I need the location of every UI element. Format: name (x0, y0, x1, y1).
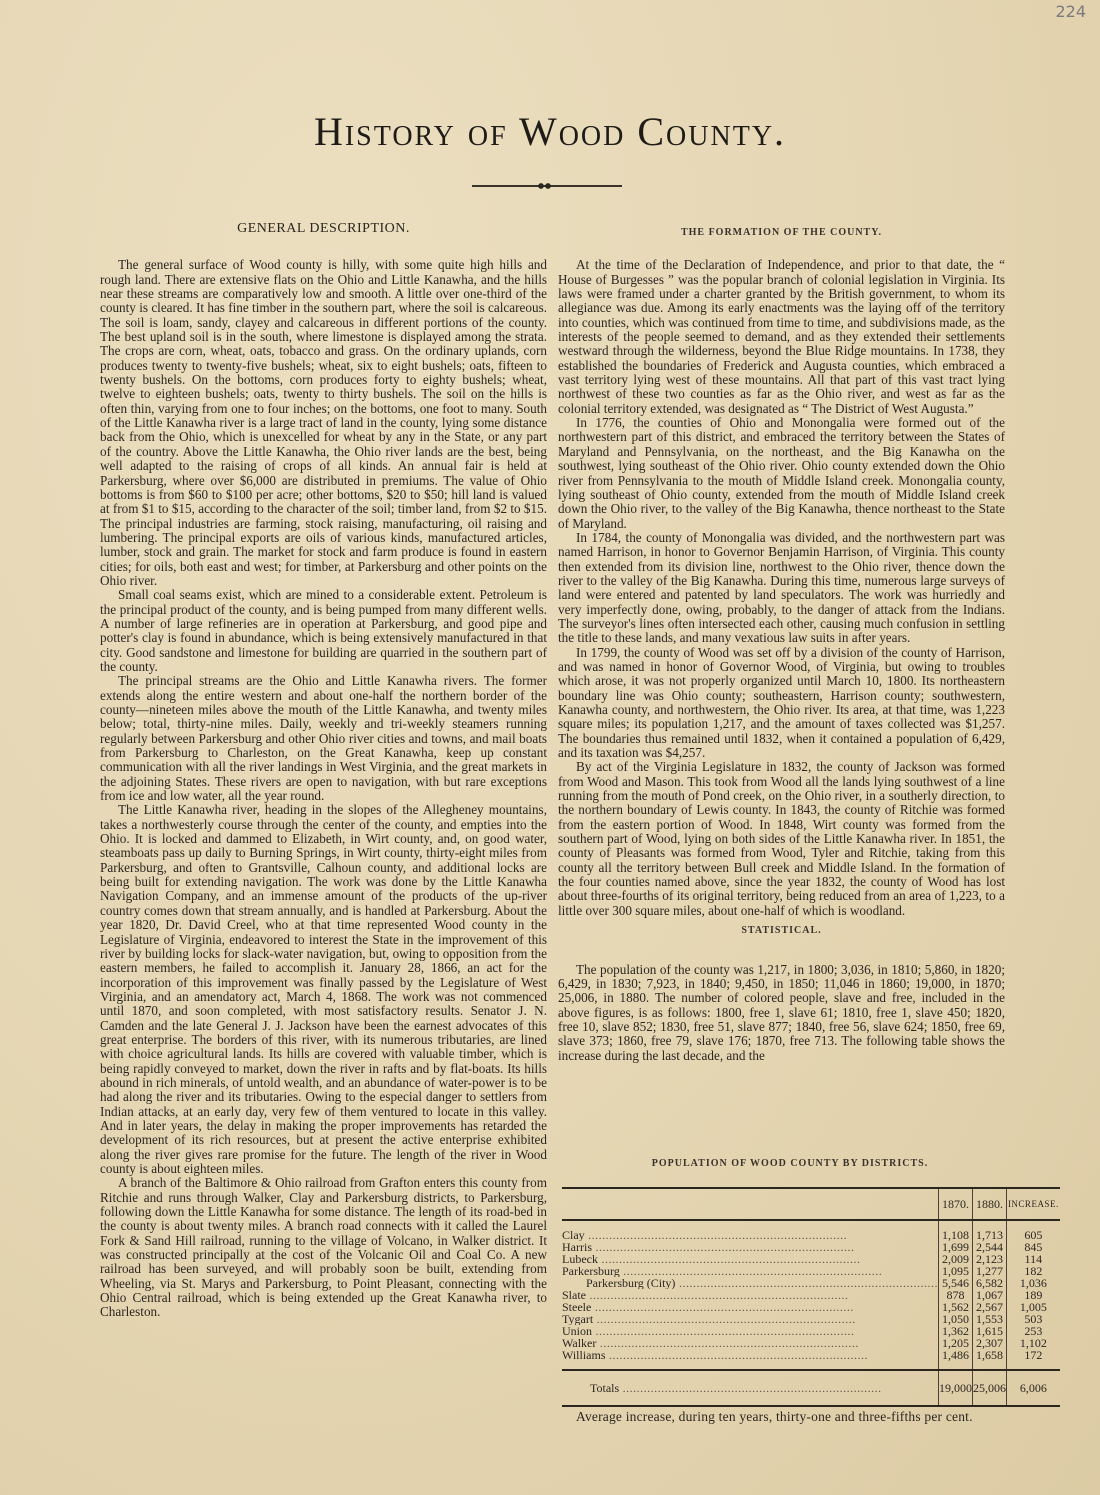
district-name: Williams ...............................… (562, 1349, 938, 1361)
district-name: Walker .................................… (562, 1337, 938, 1349)
totals-row: Totals .................................… (562, 1370, 1060, 1406)
district-name: Parkersburg ............................… (562, 1265, 938, 1277)
paragraph: The principal streams are the Ohio and L… (100, 674, 547, 803)
district-name: Harris .................................… (562, 1241, 938, 1253)
leader-dots: ........................................… (591, 1301, 854, 1313)
header-1880: 1880. (972, 1188, 1006, 1220)
total-increase: 6,006 (1006, 1370, 1059, 1406)
paragraph: In 1799, the county of Wood was set off … (558, 646, 1005, 761)
district-name: Clay ...................................… (562, 1229, 938, 1241)
total-1880: 25,006 (972, 1370, 1006, 1406)
district-label: Harris (562, 1241, 592, 1253)
district-name: Parkersburg (City) .....................… (562, 1277, 938, 1289)
totals-text: Totals (590, 1381, 619, 1395)
leader-dots: ........................................… (620, 1265, 883, 1277)
page-title: History of Wood County. (0, 108, 1100, 155)
leader-dots: ........................................… (585, 1229, 848, 1241)
leader-dots: ........................................… (619, 1381, 882, 1395)
population-table: 1870. 1880. INCREASE. Clay .............… (562, 1187, 1060, 1407)
pop-1870: 1,486 (938, 1349, 972, 1361)
district-label: Parkersburg (City) (586, 1277, 675, 1289)
district-name: Slate ..................................… (562, 1289, 938, 1301)
paragraph: In 1784, the county of Monongalia was di… (558, 531, 1005, 646)
leader-dots: ........................................… (596, 1337, 859, 1349)
table-row: Williams ...............................… (562, 1349, 1060, 1361)
right-column: THE FORMATION OF THE COUNTY. At the time… (558, 222, 1005, 1063)
pop-increase: 172 (1006, 1349, 1059, 1361)
district-name: Steele .................................… (562, 1301, 938, 1313)
district-label: Tygart (562, 1313, 593, 1325)
statistical-paragraph: The population of the county was 1,217, … (558, 963, 1005, 1063)
leader-dots: ........................................… (593, 1313, 856, 1325)
paragraph: At the time of the Declaration of Indepe… (558, 258, 1005, 416)
section-heading-statistical: STATISTICAL. (558, 924, 1005, 938)
leader-dots: ........................................… (592, 1241, 855, 1253)
title-ornament-divider (472, 185, 622, 187)
header-district (562, 1188, 938, 1220)
average-increase-note: Average increase, during ten years, thir… (576, 1409, 973, 1425)
district-name: Lubeck .................................… (562, 1253, 938, 1265)
paragraph: Small coal seams exist, which are mined … (100, 588, 547, 674)
paragraph: By act of the Virginia Legislature in 18… (558, 760, 1005, 918)
population-table-title: POPULATION OF WOOD COUNTY BY DISTRICTS. (560, 1158, 1020, 1169)
paragraph: The general surface of Wood county is hi… (100, 258, 547, 588)
leader-dots: ........................................… (675, 1277, 938, 1289)
table-header-row: 1870. 1880. INCREASE. (562, 1188, 1060, 1220)
section-heading-formation: THE FORMATION OF THE COUNTY. (558, 226, 1005, 240)
header-increase: INCREASE. (1006, 1188, 1059, 1220)
general-description-body: The general surface of Wood county is hi… (100, 258, 547, 1319)
leader-dots: ........................................… (606, 1349, 869, 1361)
paragraph: A branch of the Baltimore & Ohio railroa… (100, 1176, 547, 1319)
paragraph: In 1776, the counties of Ohio and Monong… (558, 416, 1005, 531)
total-1870: 19,000 (938, 1370, 972, 1406)
leader-dots: ........................................… (598, 1253, 861, 1265)
district-label: Parkersburg (562, 1265, 620, 1277)
district-name: Union ..................................… (562, 1325, 938, 1337)
district-label: Walker (562, 1337, 596, 1349)
district-name: Tygart .................................… (562, 1313, 938, 1325)
page-number: 224 (1055, 2, 1086, 21)
district-label: Union (562, 1325, 592, 1337)
left-column: GENERAL DESCRIPTION. The general surface… (100, 222, 547, 1320)
district-label: Slate (562, 1289, 586, 1301)
pop-1880: 1,658 (972, 1349, 1006, 1361)
formation-body: At the time of the Declaration of Indepe… (558, 258, 1005, 918)
paragraph: The Little Kanawha river, heading in the… (100, 803, 547, 1176)
district-label: Steele (562, 1301, 591, 1313)
totals-label: Totals .................................… (562, 1370, 938, 1406)
district-label: Clay (562, 1229, 585, 1241)
section-heading-general-description: GENERAL DESCRIPTION. (100, 222, 547, 236)
district-label: Williams (562, 1349, 606, 1361)
header-1870: 1870. (938, 1188, 972, 1220)
leader-dots: ........................................… (592, 1325, 855, 1337)
leader-dots: ........................................… (586, 1289, 849, 1301)
district-label: Lubeck (562, 1253, 598, 1265)
